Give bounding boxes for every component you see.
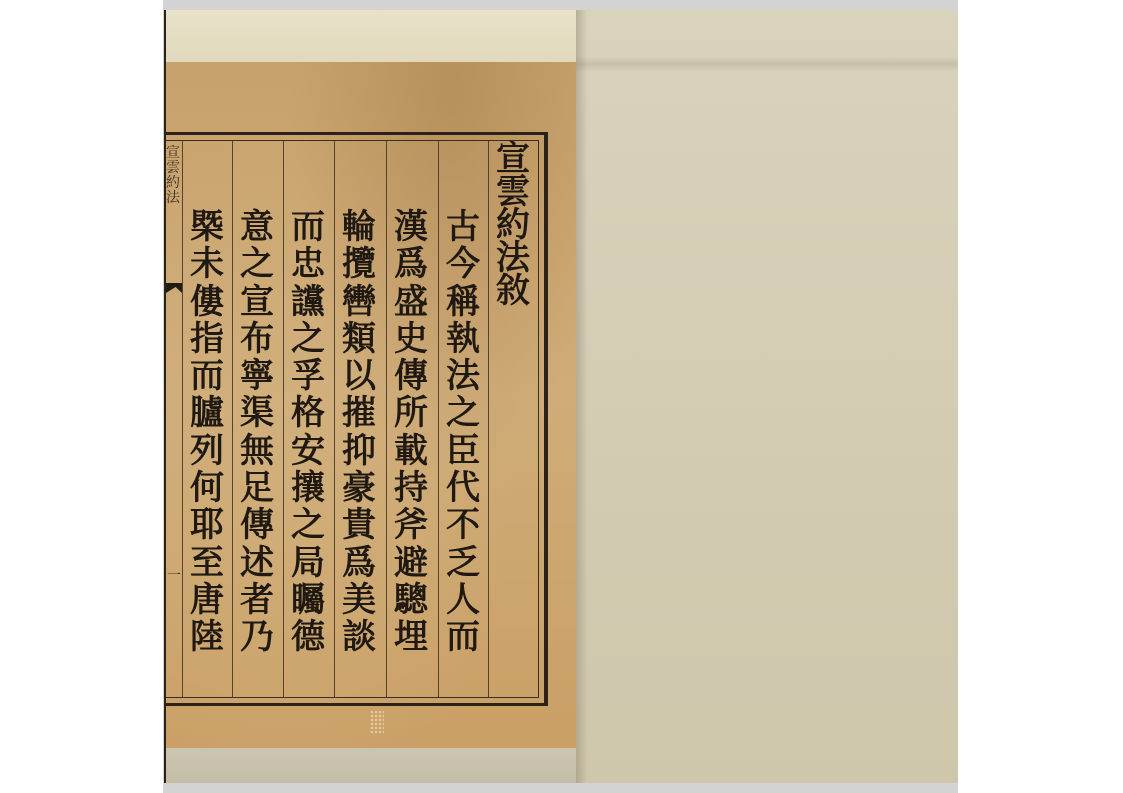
text-column-3: 輪攬轡類以摧抑豪貴爲美談 <box>334 210 384 658</box>
glyph: 埋 <box>394 620 428 657</box>
glyph: 轡 <box>342 285 376 322</box>
glyph: 而 <box>446 620 480 657</box>
glyph: 德 <box>291 620 325 657</box>
glyph: 敘 <box>496 274 530 307</box>
block-center-title: 宣雲約法 <box>166 146 182 206</box>
glyph: 以 <box>342 359 376 396</box>
glyph: 雲 <box>496 175 530 208</box>
left-printed-page: 宣雲約法敘 古今稱執法之臣代不乏人而 漢爲盛史傳所載持斧避驄埋 輪攬轡類以摧抑豪… <box>164 10 576 783</box>
glyph: 不 <box>446 508 480 545</box>
glyph: 足 <box>240 471 274 508</box>
glyph: 而 <box>291 210 325 247</box>
glyph: 今 <box>446 247 480 284</box>
glyph: 列 <box>190 434 224 471</box>
glyph: 談 <box>342 620 376 657</box>
glyph: 避 <box>394 546 428 583</box>
glyph: 之 <box>291 322 325 359</box>
glyph: 局 <box>291 546 325 583</box>
glyph: 法 <box>166 191 182 206</box>
glyph: 僂 <box>190 285 224 322</box>
glyph: 未 <box>190 247 224 284</box>
glyph: 漢 <box>394 210 428 247</box>
glyph: 指 <box>190 322 224 359</box>
glyph: 至 <box>190 546 224 583</box>
text-column-6: 槩未僂指而臚列何耶至唐陸 <box>182 210 232 658</box>
glyph: 古 <box>446 210 480 247</box>
glyph: 斧 <box>394 508 428 545</box>
glyph: 乃 <box>240 620 274 657</box>
text-column-1: 古今稱執法之臣代不乏人而 <box>438 210 488 658</box>
glyph: 法 <box>446 359 480 396</box>
glyph: 美 <box>342 583 376 620</box>
glyph: 執 <box>446 322 480 359</box>
glyph: 乏 <box>446 546 480 583</box>
glyph: 矚 <box>291 583 325 620</box>
glyph: 載 <box>394 434 428 471</box>
glyph: 孚 <box>291 359 325 396</box>
scanned-spread: 宣雲約法敘 古今稱執法之臣代不乏人而 漢爲盛史傳所載持斧避驄埋 輪攬轡類以摧抑豪… <box>164 10 958 783</box>
glyph: 槩 <box>190 210 224 247</box>
glyph: 約 <box>496 208 530 241</box>
glyph: 意 <box>240 210 274 247</box>
glyph: 代 <box>446 471 480 508</box>
glyph: 攘 <box>291 471 325 508</box>
glyph: 無 <box>240 434 274 471</box>
glyph: 盛 <box>394 285 428 322</box>
glyph: 人 <box>446 583 480 620</box>
glyph: 唐 <box>190 583 224 620</box>
glyph: 何 <box>190 471 224 508</box>
glyph: 傳 <box>394 359 428 396</box>
frame-inner-line-bottom <box>166 697 538 698</box>
glyph: 安 <box>291 434 325 471</box>
glyph: 類 <box>342 322 376 359</box>
glyph: 法 <box>496 241 530 274</box>
glyph: 陸 <box>190 620 224 657</box>
glyph: 輪 <box>342 210 376 247</box>
glyph: 宣 <box>240 285 274 322</box>
glyph: 而 <box>190 359 224 396</box>
glyph: 讜 <box>291 285 325 322</box>
glyph: 驄 <box>394 583 428 620</box>
glyph: 渠 <box>240 396 274 433</box>
glyph: 耶 <box>190 508 224 545</box>
page-number: 一 <box>166 565 182 585</box>
preface-title-column: 宣雲約法敘 <box>488 142 538 307</box>
text-column-2: 漢爲盛史傳所載持斧避驄埋 <box>386 210 436 658</box>
glyph: 所 <box>394 396 428 433</box>
glyph: 摧 <box>342 396 376 433</box>
frame-border-top <box>166 132 548 135</box>
frame-inner-line-right <box>538 140 539 698</box>
glyph: 史 <box>394 322 428 359</box>
glyph: 稱 <box>446 285 480 322</box>
glyph: 之 <box>240 247 274 284</box>
glyph: 忠 <box>291 247 325 284</box>
glyph: 布 <box>240 322 274 359</box>
glyph: 述 <box>240 546 274 583</box>
glyph: 攬 <box>342 247 376 284</box>
glyph: 豪 <box>342 471 376 508</box>
right-blank-page <box>576 10 958 783</box>
glyph: 宣 <box>496 142 530 175</box>
bottom-margin-strip <box>164 748 576 783</box>
glyph: 臚 <box>190 396 224 433</box>
glyph: 雲 <box>166 161 182 176</box>
glyph: 約 <box>166 176 182 191</box>
glyph: 之 <box>291 508 325 545</box>
glyph: 持 <box>394 471 428 508</box>
frame-border-bottom <box>166 703 548 706</box>
glyph: 宣 <box>166 146 182 161</box>
text-column-4: 而忠讜之孚格安攘之局矚德 <box>283 210 333 658</box>
frame-inner-line-top <box>166 140 538 141</box>
glyph: 者 <box>240 583 274 620</box>
glyph: 傳 <box>240 508 274 545</box>
fishtail-mark-icon <box>166 283 182 293</box>
top-margin-strip <box>164 10 576 62</box>
perforation-stamp <box>370 710 384 734</box>
glyph: 爲 <box>394 247 428 284</box>
glyph: 格 <box>291 396 325 433</box>
glyph: 貴 <box>342 508 376 545</box>
glyph: 爲 <box>342 546 376 583</box>
text-column-5: 意之宣布寧渠無足傳述者乃 <box>232 210 282 658</box>
glyph: 寧 <box>240 359 274 396</box>
block-center-strip: 宣雲約法 一 <box>166 140 182 698</box>
glyph: 臣 <box>446 434 480 471</box>
frame-border-right <box>544 132 548 706</box>
glyph: 之 <box>446 396 480 433</box>
glyph: 抑 <box>342 434 376 471</box>
